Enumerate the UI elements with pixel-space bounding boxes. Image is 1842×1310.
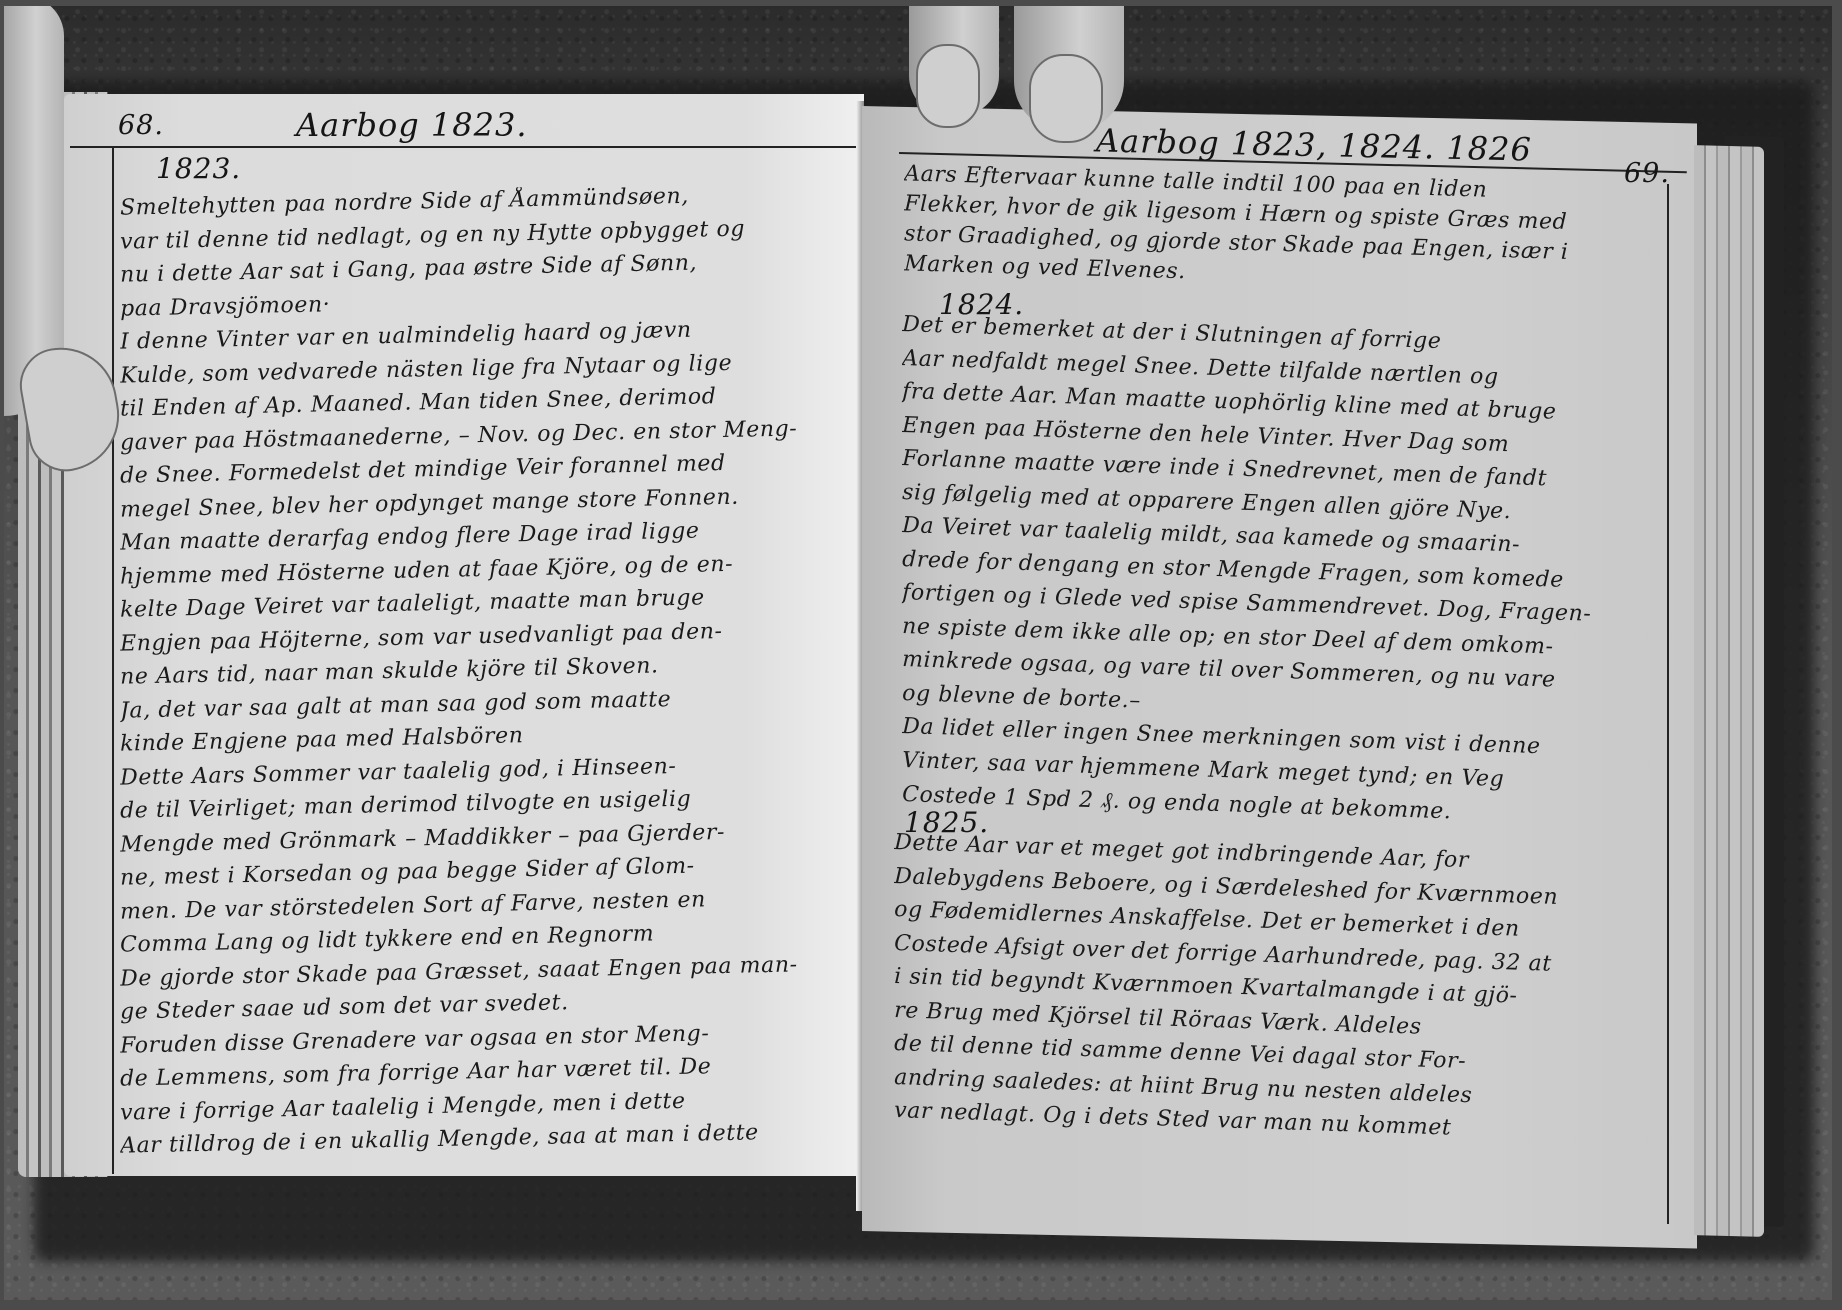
left-page-number: 68. [118, 110, 164, 141]
left-header-rule [70, 146, 860, 148]
photograph: 68. Aarbog 1823. 1823. Smeltehytten paa … [4, 6, 1832, 1300]
fingernail-right [1029, 54, 1103, 143]
section-year-1823: 1823. [156, 152, 241, 185]
right-margin-rule [1667, 184, 1669, 1224]
fingernail-left [916, 44, 980, 128]
left-page-header: Aarbog 1823. [296, 106, 528, 144]
left-margin-rule [112, 146, 114, 1174]
right-page-stack [1694, 145, 1764, 1237]
